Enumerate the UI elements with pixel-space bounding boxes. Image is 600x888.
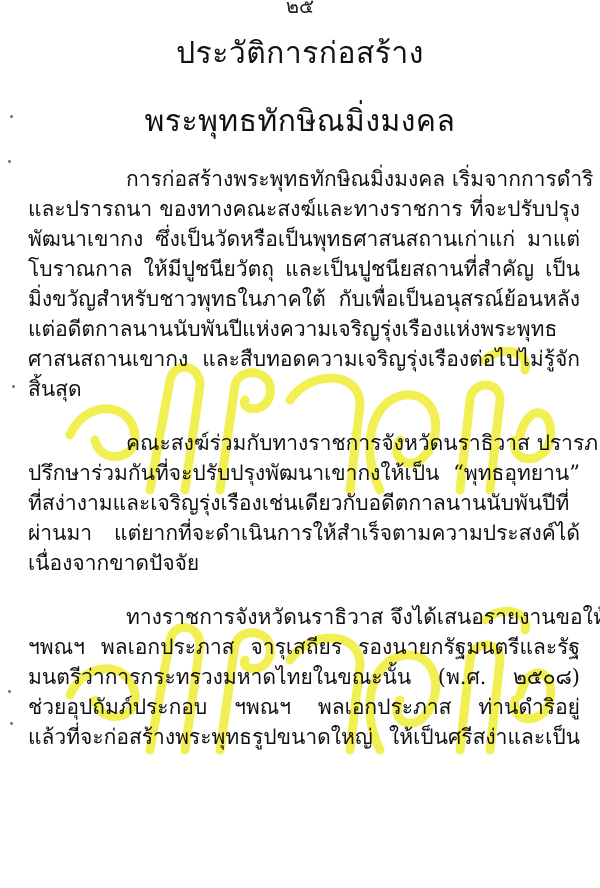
text-line: เนื่องจากขาดปัจจัย (28, 548, 580, 578)
body-text: การก่อสร้างพระพุทธทักษิณมิ่งมงคล เริ่มจา… (28, 164, 580, 752)
text-line: และปรารถนา ของทางคณะสงฆ์และทางราชการ ที่… (28, 194, 580, 224)
text-line: การก่อสร้างพระพุทธทักษิณมิ่งมงคล เริ่มจา… (28, 164, 580, 194)
page-number: ๒๕ (0, 0, 600, 22)
document-page: ๒๕ ประวัติการก่อสร้าง พระพุทธทักษิณมิ่งม… (0, 0, 600, 888)
scan-speck (8, 160, 11, 163)
text-line: ผ่านมา แต่ยากที่จะดำเนินการให้สำเร็จตามค… (28, 518, 580, 548)
paragraph: ทางราชการจังหวัดนราธิวาส จึงได้เสนอรายงา… (28, 602, 580, 752)
text-line: แต่อดีตกาลนานนับพันปีแห่งความเจริญรุ่งเร… (28, 314, 580, 344)
text-line: มิ่งขวัญสำหรับชาวพุทธในภาคใต้ กับเพื่อเป… (28, 284, 580, 314)
text-line: โบราณกาล ให้มีปูชนียวัตถุ และเป็นปูชนียส… (28, 254, 580, 284)
text-line: แล้วที่จะก่อสร้างพระพุทธรูปขนาดใหญ่ ให้เ… (28, 722, 580, 752)
scan-speck (10, 722, 13, 725)
text-line: พัฒนาเขากง ซึ่งเป็นวัดหรือเป็นพุทธศาสนสถ… (28, 224, 580, 254)
scan-speck (8, 690, 11, 693)
text-line: คณะสงฆ์ร่วมกับทางราชการจังหวัดนราธิวาส ป… (28, 428, 580, 458)
text-line: สิ้นสุด (28, 374, 580, 404)
text-line: ช่วยอุปถัมภ์ประกอบ ฯพณฯ พลเอกประภาส ท่าน… (28, 692, 580, 722)
text-line: ศาสนสถานเขากง และสืบทอดความเจริญรุ่งเรือ… (28, 344, 580, 374)
text-line: มนตรีว่าการกระทรวงมหาดไทยในขณะนั้น (พ.ศ.… (28, 662, 580, 692)
text-line: ฯพณฯ พลเอกประภาส จารุเสถียร รองนายกรัฐมน… (28, 632, 580, 662)
text-line: ที่สง่างามและเจริญรุ่งเรืองเช่นเดียวกับอ… (28, 488, 580, 518)
scan-speck (10, 115, 13, 118)
page-title: ประวัติการก่อสร้าง (0, 30, 600, 77)
page-subtitle: พระพุทธทักษิณมิ่งมงคล (0, 98, 600, 145)
text-line: ปรึกษาร่วมกันที่จะปรับปรุงพัฒนาเขากงให้เ… (28, 458, 580, 488)
paragraph: คณะสงฆ์ร่วมกับทางราชการจังหวัดนราธิวาส ป… (28, 428, 580, 578)
paragraph: การก่อสร้างพระพุทธทักษิณมิ่งมงคล เริ่มจา… (28, 164, 580, 404)
text-line: ทางราชการจังหวัดนราธิวาส จึงได้เสนอรายงา… (28, 602, 580, 632)
scan-speck (12, 385, 15, 388)
